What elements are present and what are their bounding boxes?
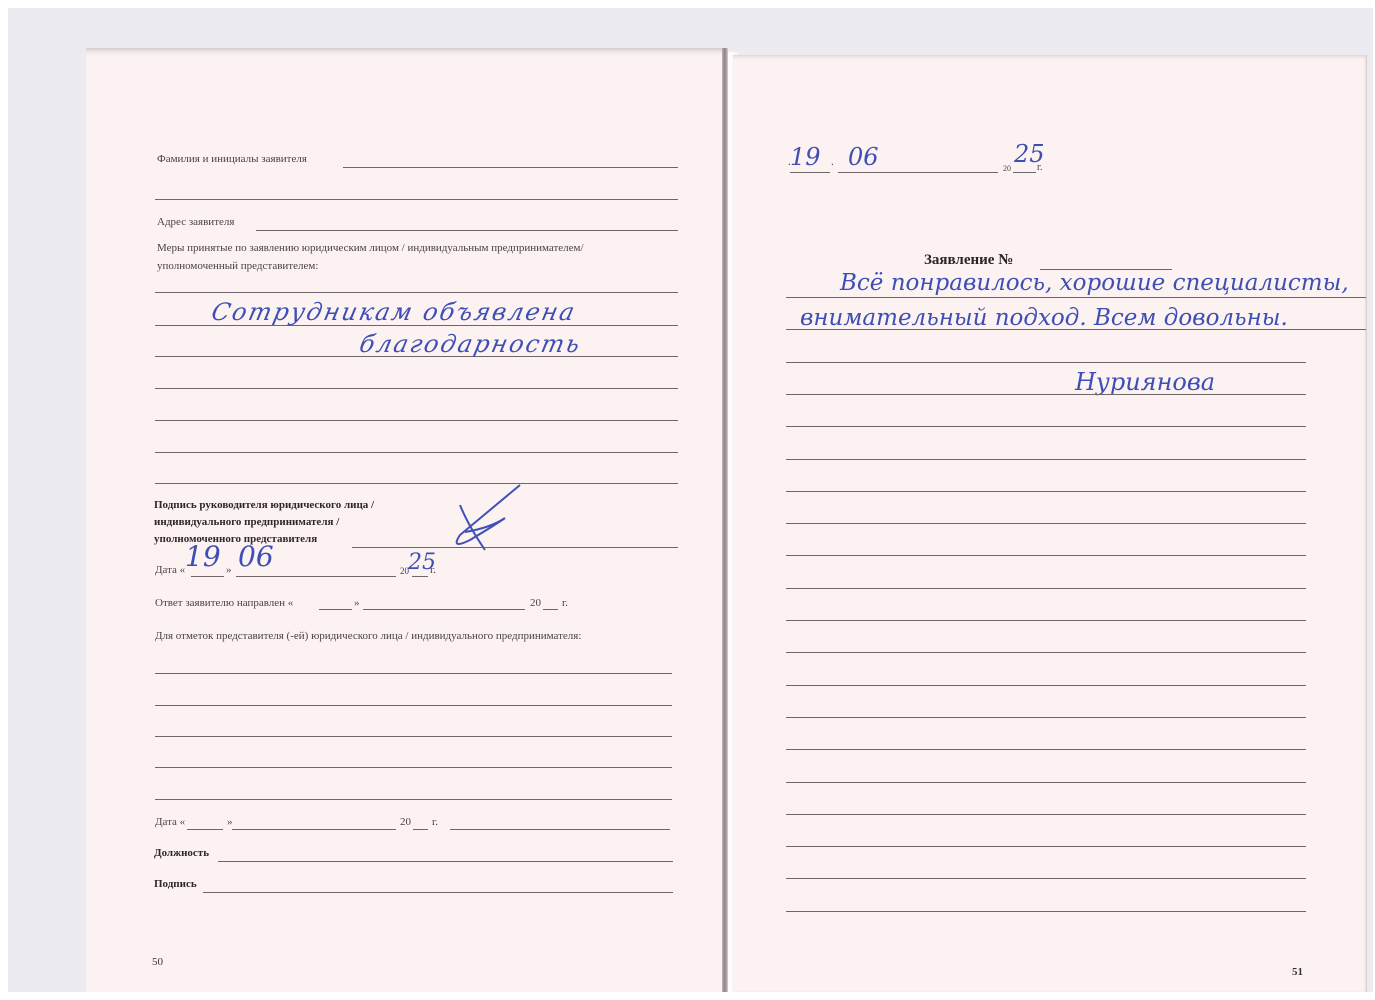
reply-label: Ответ заявителю направлен «	[155, 597, 293, 609]
statement-line[interactable]	[786, 426, 1306, 427]
page-number-right: 51	[1292, 966, 1303, 978]
reply-quote-close: »	[354, 597, 360, 609]
statement-text-line2: внимательный подход. Всем довольны.	[800, 305, 1288, 331]
statement-line[interactable]	[786, 749, 1306, 750]
statement-line[interactable]	[786, 685, 1306, 686]
statement-line[interactable]	[786, 652, 1306, 653]
final-date-quote-close: »	[227, 816, 233, 828]
reply-year-suffix: г.	[562, 597, 568, 609]
right-date-dots: .	[831, 156, 834, 168]
reply-day-field[interactable]	[319, 609, 352, 610]
statement-line[interactable]	[786, 459, 1306, 460]
date-day-handwritten: 19	[185, 540, 221, 573]
statement-line[interactable]	[786, 782, 1306, 783]
measures-label-line2: уполномоченный представителем:	[157, 260, 318, 272]
applicant-address-label: Адрес заявителя	[157, 216, 234, 228]
measures-line[interactable]	[155, 388, 678, 389]
right-date-day-field[interactable]	[790, 172, 830, 173]
statement-line[interactable]	[786, 394, 1306, 395]
measures-handwritten-line2: благодарность	[357, 330, 584, 358]
statement-line[interactable]	[786, 491, 1306, 492]
page-number-left: 50	[152, 956, 163, 968]
measures-line[interactable]	[155, 420, 678, 421]
measures-line[interactable]	[155, 292, 678, 293]
statement-line[interactable]	[786, 814, 1306, 815]
date-year-field[interactable]	[412, 576, 428, 577]
notes-line[interactable]	[155, 673, 672, 674]
signature-label-line3: уполномоченного представителя	[154, 533, 317, 545]
statement-line[interactable]	[786, 878, 1306, 879]
final-year-suffix: г.	[432, 816, 438, 828]
sign-label: Подпись	[154, 878, 197, 890]
statement-line[interactable]	[786, 297, 1366, 298]
date-year-handwritten: 25	[408, 550, 436, 575]
right-date-month-handwritten: 06	[848, 143, 879, 171]
right-date-day-handwritten: 19	[790, 143, 821, 171]
final-year-field[interactable]	[413, 829, 428, 830]
statement-line[interactable]	[786, 329, 1366, 330]
notes-line[interactable]	[155, 736, 672, 737]
final-year-prefix: 20	[400, 816, 411, 828]
notes-line[interactable]	[155, 705, 672, 706]
date-month-handwritten: 06	[238, 540, 274, 573]
position-label: Должность	[154, 847, 209, 859]
measures-line[interactable]	[155, 452, 678, 453]
signature-label-line1: Подпись руководителя юридического лица /	[154, 499, 374, 511]
reply-month-field[interactable]	[363, 609, 525, 610]
right-date-dots: .	[788, 156, 791, 168]
date-label: Дата «	[155, 564, 185, 576]
final-extra-field[interactable]	[450, 829, 670, 830]
statement-signature: Нуриянова	[1075, 368, 1215, 396]
final-date-label: Дата «	[155, 816, 185, 828]
date-quote-close: »	[226, 564, 232, 576]
statement-line[interactable]	[786, 362, 1306, 363]
statement-line[interactable]	[786, 846, 1306, 847]
applicant-name-field[interactable]	[343, 167, 678, 168]
statement-line[interactable]	[786, 911, 1306, 912]
right-date-month-field[interactable]	[838, 172, 998, 173]
sign-field[interactable]	[203, 892, 673, 893]
reply-year-prefix: 20	[530, 597, 541, 609]
measures-handwritten-line1: Сотрудникам объявлена	[209, 298, 579, 326]
applicant-name-label: Фамилия и инициалы заявителя	[157, 153, 307, 165]
statement-title: Заявление №	[924, 252, 1013, 269]
date-day-field[interactable]	[191, 576, 224, 577]
statement-text-line1: Всё понравилось, хорошие специалисты,	[840, 270, 1349, 296]
statement-line[interactable]	[786, 555, 1306, 556]
measures-line[interactable]	[155, 483, 678, 484]
applicant-name-field-line2[interactable]	[155, 199, 678, 200]
statement-line[interactable]	[786, 523, 1306, 524]
handwritten-signature	[440, 480, 530, 555]
final-date-day-field[interactable]	[187, 829, 223, 830]
statement-line[interactable]	[786, 717, 1306, 718]
applicant-address-field[interactable]	[256, 230, 678, 231]
date-month-field[interactable]	[236, 576, 396, 577]
notes-line[interactable]	[155, 767, 672, 768]
measures-label-line1: Меры принятые по заявлению юридическим л…	[157, 242, 584, 254]
position-field[interactable]	[218, 861, 673, 862]
right-date-year-prefix: 20	[1003, 164, 1011, 173]
statement-line[interactable]	[786, 588, 1306, 589]
right-date-year-suffix: г.	[1037, 162, 1042, 173]
signature-label-line2: индивидуального предпринимателя /	[154, 516, 339, 528]
notes-label: Для отметок представителя (-ей) юридичес…	[155, 630, 581, 642]
notes-line[interactable]	[155, 799, 672, 800]
statement-line[interactable]	[786, 620, 1306, 621]
reply-year-field[interactable]	[543, 609, 558, 610]
final-date-month-field[interactable]	[232, 829, 396, 830]
right-date-year-field[interactable]	[1013, 172, 1036, 173]
